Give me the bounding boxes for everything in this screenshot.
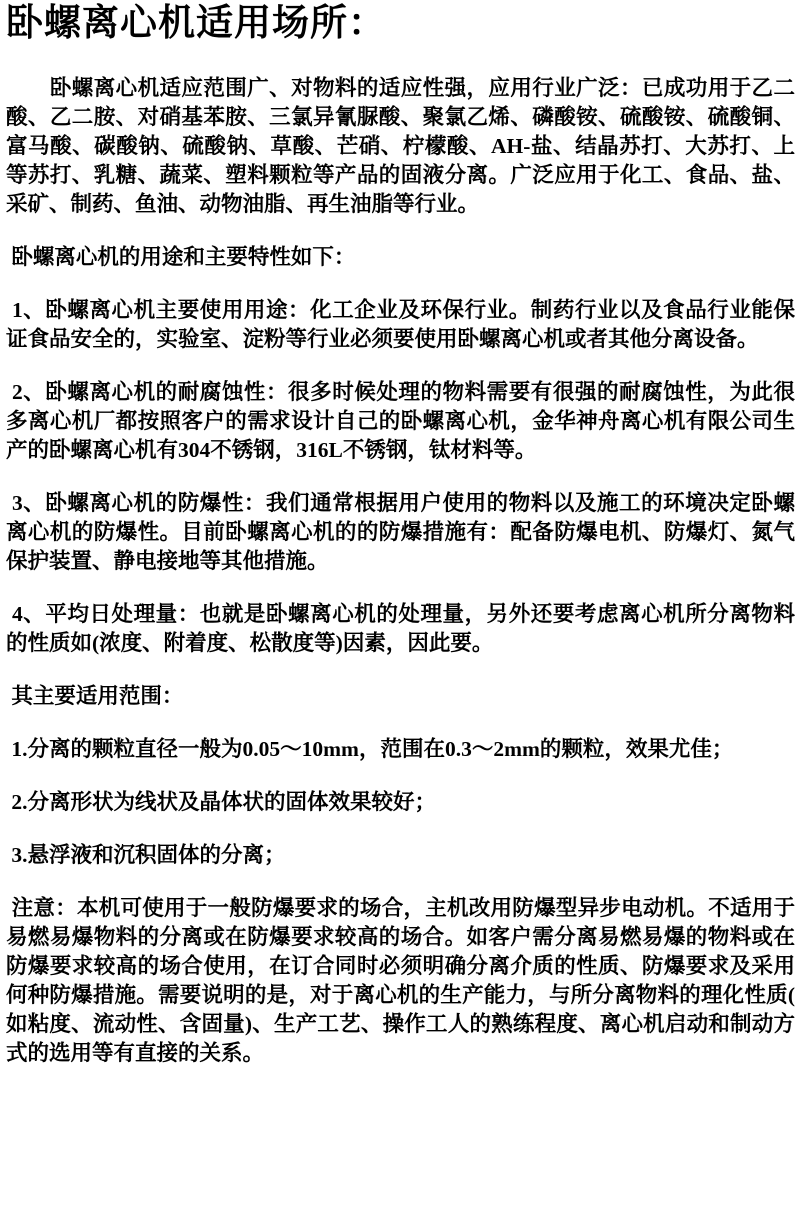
scope-heading: 其主要适用范围： — [6, 682, 795, 711]
scope-item-3: 3.悬浮液和沉积固体的分离； — [6, 841, 795, 870]
intro-paragraph: 卧螺离心机适应范围广、对物料的适应性强，应用行业广泛：已成功用于乙二酸、乙二胺、… — [6, 74, 795, 219]
feature-item-2: 2、卧螺离心机的耐腐蚀性：很多时候处理的物料需要有很强的耐腐蚀性，为此很多离心机… — [6, 378, 795, 465]
feature-item-1: 1、卧螺离心机主要使用用途：化工企业及环保行业。制药行业以及食品行业能保证食品安… — [6, 296, 795, 354]
document-body: 卧螺离心机适用场所： 卧螺离心机适应范围广、对物料的适应性强，应用行业广泛：已成… — [0, 0, 800, 1078]
page-title: 卧螺离心机适用场所： — [6, 2, 795, 46]
scope-item-2: 2.分离形状为线状及晶体状的固体效果较好； — [6, 788, 795, 817]
scope-item-1: 1.分离的颗粒直径一般为0.05～10mm，范围在0.3～2mm的颗粒，效果尤佳… — [6, 735, 795, 764]
notice-paragraph: 注意：本机可使用于一般防爆要求的场合，主机改用防爆型异步电动机。不适用于易燃易爆… — [6, 894, 795, 1068]
feature-item-4: 4、平均日处理量：也就是卧螺离心机的处理量，另外还要考虑离心机所分离物料的性质如… — [6, 600, 795, 658]
feature-item-3: 3、卧螺离心机的防爆性：我们通常根据用户使用的物料以及施工的环境决定卧螺离心机的… — [6, 489, 795, 576]
features-heading: 卧螺离心机的用途和主要特性如下： — [6, 243, 795, 272]
